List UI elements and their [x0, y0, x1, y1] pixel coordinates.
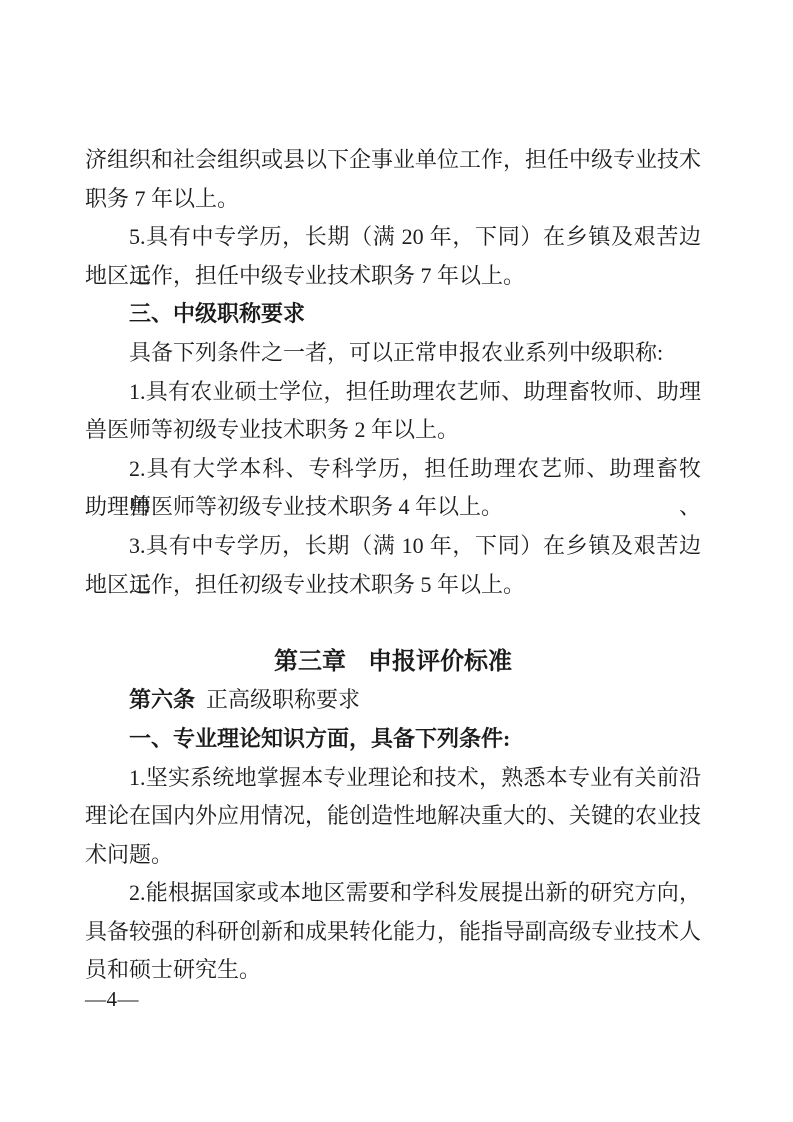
chapter-label: 第三章 [274, 648, 346, 675]
body-line: 2.能根据国家或本地区需要和学科发展提出新的研究方向， [85, 874, 701, 913]
article-label: 第六条 [129, 687, 195, 712]
body-line: 理论在国内外应用情况，能创造性地解决重大的、关键的农业技 [85, 797, 701, 836]
chapter-heading: 第三章申报评价标准 [85, 643, 701, 682]
body-line: 地区工作，担任初级专业技术职务 5 年以上。 [85, 566, 701, 605]
body-line: 职务 7 年以上。 [85, 180, 701, 219]
document-body: 济组织和社会组织或县以下企事业单位工作，担任中级专业技术 职务 7 年以上。 5… [85, 141, 701, 990]
subsection-heading-mid-level: 三、中级职称要求 [85, 295, 701, 334]
body-line: 3.具有中专学历，长期（满 10 年，下同）在乡镇及艰苦边远 [85, 527, 701, 566]
body-line: 术问题。 [85, 836, 701, 875]
body-line: 5.具有中专学历，长期（满 20 年，下同）在乡镇及艰苦边远 [85, 218, 701, 257]
page-number: —4— [85, 986, 139, 1012]
chapter-title: 申报评价标准 [368, 648, 512, 675]
body-line: 2.具有大学本科、专科学历，担任助理农艺师、助理畜牧师、 [85, 450, 701, 489]
body-line: 兽医师等初级专业技术职务 2 年以上。 [85, 411, 701, 450]
article-title: 正高级职称要求 [206, 687, 360, 712]
body-line: 具备较强的科研创新和成果转化能力，能指导副高级专业技术人 [85, 913, 701, 952]
article-heading: 第六条正高级职称要求 [85, 681, 701, 720]
body-line: 地区工作，担任中级专业技术职务 7 年以上。 [85, 257, 701, 296]
body-line: 员和硕士研究生。 [85, 951, 701, 990]
body-line: 1.具有农业硕士学位，担任助理农艺师、助理畜牧师、助理 [85, 373, 701, 412]
subsection-heading-theory: 一、专业理论知识方面，具备下列条件: [85, 720, 701, 759]
body-line: 具备下列条件之一者，可以正常申报农业系列中级职称: [85, 334, 701, 373]
body-line: 济组织和社会组织或县以下企事业单位工作，担任中级专业技术 [85, 141, 701, 180]
document-page: 济组织和社会组织或县以下企事业单位工作，担任中级专业技术 职务 7 年以上。 5… [0, 0, 793, 1122]
body-line: 1.坚实系统地掌握本专业理论和技术，熟悉本专业有关前沿 [85, 759, 701, 798]
